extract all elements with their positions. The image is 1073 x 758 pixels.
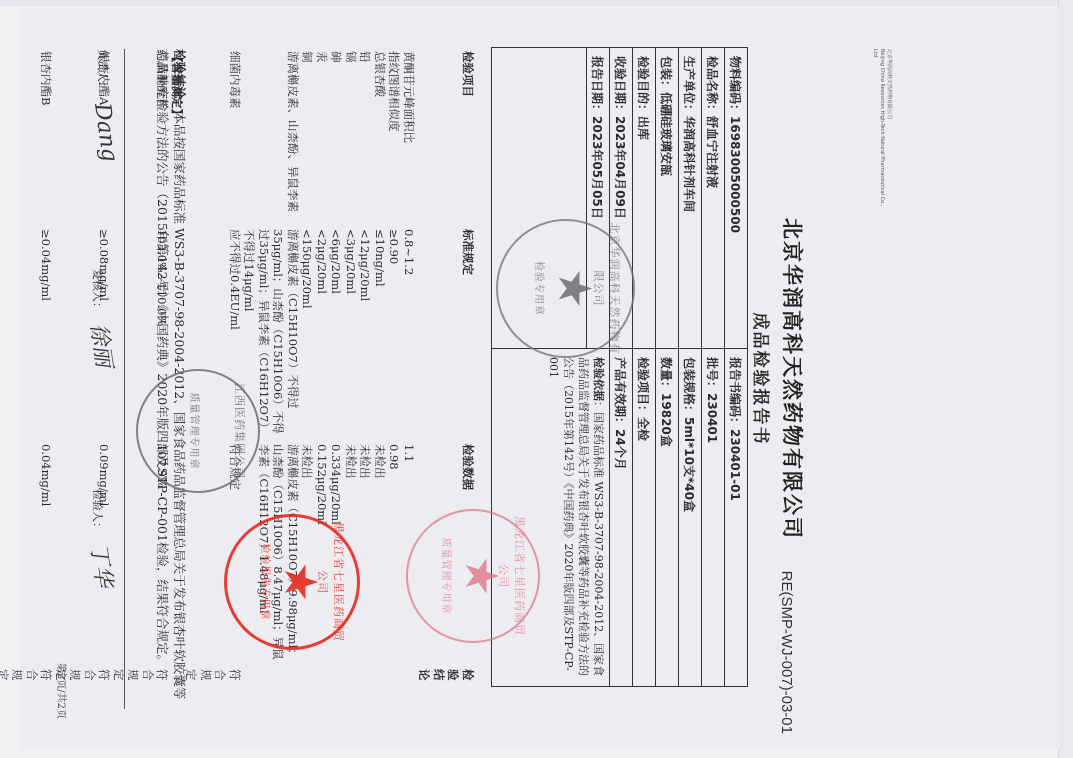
inspection-report-page: 北京华润高科天然药物有限公司 Beijing China Resources H… bbox=[20, 9, 1060, 749]
info-row: 生产单位：华润高科针剂车间 bbox=[678, 48, 701, 348]
group-seal-stamp: 江西医药集团公司 质量管理专用章 bbox=[136, 369, 260, 493]
cell-std: <12μg/20ml bbox=[358, 221, 373, 444]
cell-item: 游离槲皮素、山柰酚、异鼠李素 bbox=[242, 51, 300, 221]
cell-item: 镉 bbox=[344, 51, 359, 221]
cell-item: 指纹图谱相似度 bbox=[387, 51, 402, 221]
cell-concl bbox=[242, 669, 300, 691]
cell-item: 黄酮苷元峰面积比 bbox=[402, 51, 417, 221]
info-row: 批号：230401 bbox=[701, 349, 724, 686]
cell-concl bbox=[387, 669, 402, 691]
cell-item: 铜 bbox=[300, 51, 315, 221]
cell-item: 汞 bbox=[315, 51, 330, 221]
logo-text-cn: 北京华润高科天然药物有限公司 bbox=[885, 49, 892, 209]
cell-std: <6μg/20ml bbox=[329, 221, 344, 444]
red-seal-stamp: 黑龙江省七星医药商贸公司 ★ 检验报告专用章 bbox=[224, 514, 360, 650]
cell-concl: 符合规定 bbox=[184, 669, 242, 691]
cell-item: 砷 bbox=[329, 51, 344, 221]
info-row: 包装：低硼硅玻璃安瓿 bbox=[655, 48, 678, 348]
inspection-basis: 检验依据：国家药品标准 WS3-B-3707-98-2004-2012、国家食品… bbox=[543, 349, 609, 686]
info-row: 包装规格：5ml*10支*40盒 bbox=[678, 349, 701, 686]
cell-concl: 符合规定 bbox=[0, 669, 54, 691]
cell-std: <3μg/20ml bbox=[344, 221, 359, 444]
info-column-right: 报告书编码：230401-01 批号：230401 包装规格：5ml*10支*4… bbox=[492, 349, 747, 686]
cell-concl bbox=[344, 669, 359, 691]
qc-seal-stamp: 北京华润高科天然药物有限公司 ★ 检验专用章 bbox=[496, 219, 635, 358]
table-row: 总银杏酸≤10ng/ml未检出 bbox=[373, 51, 388, 691]
cell-item: 细菌内毒素 bbox=[184, 51, 242, 221]
cell-item: 铅 bbox=[358, 51, 373, 221]
responsible-signature: 负责人：Dang bbox=[87, 49, 124, 269]
signature-row: 负责人：Dang 复核人：徐丽 检验人：丁华 bbox=[87, 49, 125, 709]
reviewer-signature: 复核人：徐丽 bbox=[87, 269, 124, 489]
cell-concl bbox=[300, 669, 315, 691]
cell-std: ≤10ng/ml bbox=[373, 221, 388, 444]
info-row: 报告书编码：230401-01 bbox=[724, 349, 747, 686]
info-row: 数量：19820盒 bbox=[655, 349, 678, 686]
page-number: 第2页/共2页 bbox=[55, 663, 70, 719]
scan-border-right bbox=[1058, 0, 1073, 758]
content-rows: 总黄酮醇苷103.0%~110.0%107.9%符合规定银杏内酯A≥0.08mg… bbox=[0, 51, 170, 691]
cell-item: 银杏内酯B bbox=[0, 51, 54, 221]
cell-std: <2μg/20ml bbox=[315, 221, 330, 444]
inspector-signature: 检验人：丁华 bbox=[87, 489, 124, 709]
cell-concl bbox=[358, 669, 373, 691]
table-row: 铅<12μg/20ml未检出 bbox=[358, 51, 373, 691]
info-row: 检验目的：出库 bbox=[632, 48, 655, 348]
table-row: 银杏内酯B≥0.04mg/ml0.04mg/ml符合规定 bbox=[0, 51, 54, 691]
cell-data: 未检出 bbox=[358, 444, 373, 669]
cell-data: 0.98 bbox=[387, 444, 402, 669]
logo-text-en: Beijing China Resources High-Tech Natura… bbox=[871, 49, 885, 209]
red-seal-stamp-faint: 黑龙江省七星医药商贸公司 ★ 质量管理专用章 bbox=[406, 509, 540, 643]
cell-concl bbox=[373, 669, 388, 691]
document-code: RE(SMP-WJ-007)-03-01 bbox=[778, 571, 795, 734]
cell-item: 总银杏酸 bbox=[373, 51, 388, 221]
info-row: 检品名称：舒血宁注射液 bbox=[701, 48, 724, 348]
cell-concl bbox=[402, 669, 417, 691]
company-logo: 北京华润高科天然药物有限公司 Beijing China Resources H… bbox=[871, 49, 892, 209]
info-row: 产品有效期：24个月 bbox=[609, 349, 632, 686]
scan-border-top bbox=[0, 0, 1073, 6]
info-row: 检验项目：全检 bbox=[632, 349, 655, 686]
report-title: 成品检验报告书 bbox=[750, 9, 775, 749]
cell-std: ≥0.04mg/ml bbox=[0, 221, 54, 444]
cell-concl bbox=[315, 669, 330, 691]
cell-concl bbox=[329, 669, 344, 691]
table-row: 指纹图谱相似度≥0.900.98 bbox=[387, 51, 402, 691]
cell-data: 0.04mg/ml bbox=[0, 444, 54, 669]
cell-std: <150μg/20ml bbox=[300, 221, 315, 444]
info-row: 物料编码：16983005000500 bbox=[724, 48, 747, 348]
cell-std: ≥0.90 bbox=[387, 221, 402, 444]
cell-std: 0.8~1.2 bbox=[402, 221, 417, 444]
cell-data: 未检出 bbox=[373, 444, 388, 669]
